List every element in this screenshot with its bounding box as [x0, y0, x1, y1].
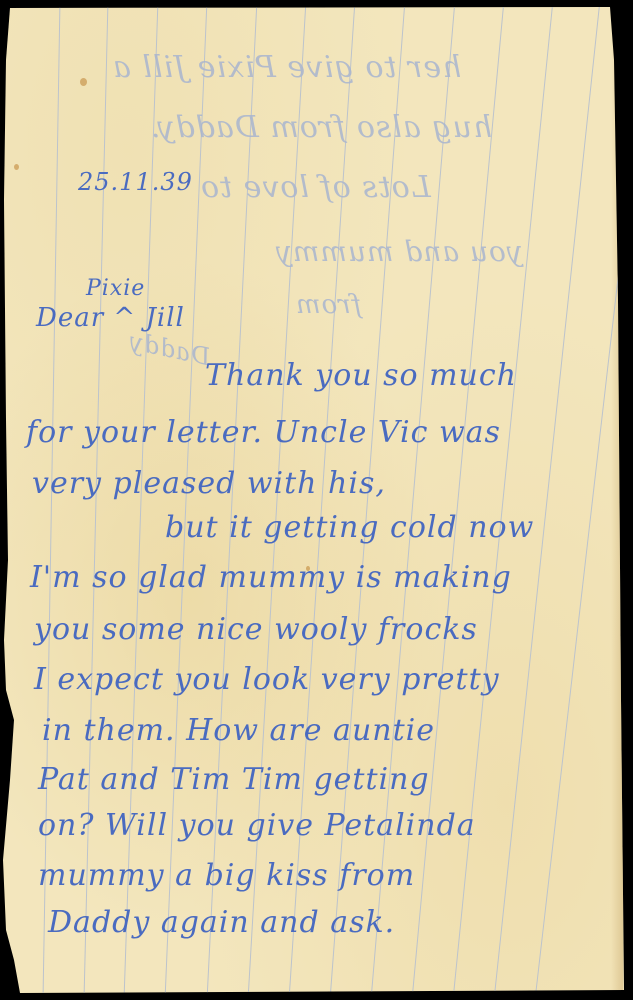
- letter-line: Daddy again and ask.: [48, 905, 395, 940]
- letter-line: I expect you look very pretty: [34, 662, 500, 697]
- letter-line: Thank you so much: [205, 358, 517, 393]
- letter-line: in them. How are auntie: [42, 713, 435, 748]
- letter-line: mummy a big kiss from: [38, 858, 415, 893]
- letter-line: I'm so glad mummy is making: [30, 560, 512, 595]
- salutation: Dear ^ Jill: [36, 303, 185, 333]
- letter-line: Pat and Tim Tim getting: [38, 762, 430, 797]
- letter-line: but it getting cold now: [165, 510, 534, 545]
- letter-line: on? Will you give Petalinda: [38, 808, 476, 843]
- letter-line: very pleased with his,: [32, 466, 386, 501]
- salutation-insert: Pixie: [86, 276, 145, 301]
- letter-text-layer: 25.11.39 Pixie Dear ^ Jill Thank you so …: [0, 0, 633, 1000]
- letter-line: for your letter. Uncle Vic was: [26, 415, 501, 450]
- letter-date: 25.11.39: [78, 168, 193, 196]
- letter-paper: her to give Pixie Jill a hug also from D…: [0, 0, 633, 1000]
- letter-line: you some nice wooly frocks: [34, 612, 478, 647]
